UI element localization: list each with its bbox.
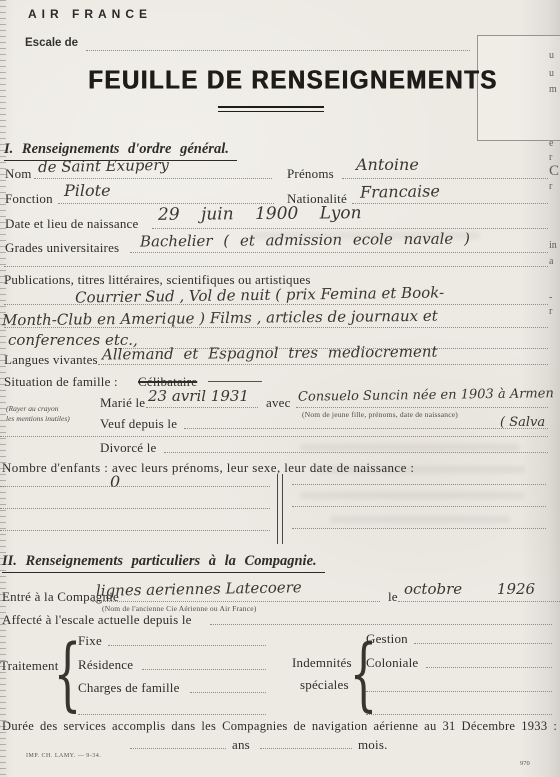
veuf-label: Veuf depuis le (100, 416, 177, 432)
traitement-item-charges: Charges de famille (78, 680, 180, 696)
marie-date-blank-line (146, 407, 258, 408)
enfants-blank-line (0, 486, 270, 487)
bleed-through (300, 492, 525, 499)
prenoms-blank-line (342, 178, 548, 179)
edge-fragment: in (549, 240, 557, 251)
mois-blank-line (260, 748, 352, 749)
prenoms-label: Prénoms (287, 166, 334, 182)
langues-value-handwritten: Allemand et Espagnol tres mediocrement (102, 343, 438, 364)
affecte-label: Affecté à l'escale actuelle depuis le (2, 612, 192, 628)
traitement-item-fixe: Fixe (78, 633, 102, 649)
epouse-blank-line (296, 407, 548, 408)
escale-label: Escale de (25, 37, 78, 49)
traitement-item-residence: Résidence (78, 657, 133, 673)
form-title: FEUILLE DE RENSEIGNEMENTS (88, 66, 498, 96)
strike-extension (208, 381, 262, 382)
enfants-blank-line (0, 508, 270, 509)
residence-blank-line (142, 669, 266, 670)
title-double-rule (218, 106, 324, 112)
column-divider (277, 474, 283, 544)
grades-value-handwritten: Bachelier ( et admission ecole navale ) (140, 230, 470, 251)
situation-label: Situation de famille : (4, 374, 118, 390)
gestion-blank-line (414, 643, 552, 644)
grades-label: Grades universitaires (5, 240, 119, 256)
traitement-blank-line (78, 714, 266, 715)
edge-fragment: a (549, 256, 553, 267)
indemnites-label-line1: Indemnités (292, 655, 352, 671)
ans-blank-line (130, 748, 226, 749)
enfants-blank-line (292, 506, 546, 507)
section2-heading: II. Renseignements particuliers à la Com… (2, 553, 325, 573)
publications-blank-line (4, 304, 548, 305)
naissance-value-handwritten: 29 juin 1900 Lyon (158, 203, 362, 225)
nom-label: Nom (5, 166, 32, 182)
indemnites-blank-line (366, 691, 552, 692)
langues-label: Langues vivantes (4, 352, 98, 368)
enfants-blank-line (292, 528, 546, 529)
langues-blank-line (98, 364, 548, 365)
publications-blank-line (4, 327, 548, 328)
jeune-fille-note: (Nom de jeune fille, prénoms, date de na… (302, 410, 458, 419)
naissance-blank-line (152, 228, 548, 229)
margin-note-line1: (Rayer au crayon (6, 404, 70, 414)
enfants-label: Nombre d'enfants : avec leurs prénoms, l… (2, 460, 414, 476)
edge-fragment: r (549, 181, 552, 192)
divorce-label: Divorcé le (100, 440, 157, 456)
divorce-blank-line (164, 452, 548, 453)
marie-date-handwritten: 23 avril 1931 (148, 387, 249, 405)
edge-fragment: C (549, 163, 559, 180)
edge-fragment: e (549, 138, 553, 149)
nom-blank-line (34, 178, 272, 179)
nationalite-blank-line (352, 203, 548, 204)
publications-line2-handwritten: Month-Club en Amerique ) Films , article… (2, 307, 438, 330)
enfants-blank-line (0, 530, 270, 531)
entre-date-blank-line (398, 601, 560, 602)
marie-label: Marié le (100, 395, 145, 411)
affecte-blank-line (210, 624, 552, 625)
margin-note: (Rayer au crayon les mentions inutiles) (6, 404, 70, 424)
bleed-through (330, 516, 510, 523)
mois-label: mois. (358, 737, 388, 753)
indemnites-label-line2: spéciales (300, 677, 349, 693)
company-name: AIR FRANCE (28, 7, 152, 21)
enfants-value-handwritten: 0 (110, 472, 120, 491)
coloniale-blank-line (426, 667, 552, 668)
blank-line (4, 266, 548, 267)
edge-fragment: r (549, 152, 552, 163)
entre-blank-line (92, 601, 380, 602)
indemnites-blank-line (366, 714, 552, 715)
entre-value-handwritten: lignes aeriennes Latecoere (96, 578, 302, 600)
enfants-blank-line (292, 484, 546, 485)
margin-note-line2: les mentions inutiles) (6, 414, 70, 424)
fonction-label: Fonction (5, 191, 53, 207)
prenoms-value-handwritten: Antoine (356, 155, 419, 174)
document-page: u u m e r C r in a - r AIR FRANCE Escale… (0, 0, 560, 777)
nationalite-value-handwritten: Francaise (360, 181, 440, 201)
blank-line (0, 436, 548, 437)
le-label: le (388, 589, 398, 605)
edge-fragment: u (549, 50, 554, 61)
charges-blank-line (190, 692, 266, 693)
epouse-value-handwritten: Consuelo Suncin née en 1903 à Armen (298, 386, 554, 405)
traitement-label: Traitement (0, 658, 59, 674)
edge-fragment: - (549, 292, 552, 303)
naissance-label: Date et lieu de naissance (5, 216, 139, 232)
edge-fragment: r (549, 306, 552, 317)
fixe-blank-line (108, 645, 266, 646)
grades-blank-line (130, 252, 548, 253)
escale-blank-line (86, 50, 470, 51)
printer-imprint: IMP. CH. LAMY. — 9-34. (26, 753, 101, 759)
veuf-blank-line (184, 428, 548, 429)
entre-date-handwritten: octobre 1926 (404, 580, 535, 598)
fonction-value-handwritten: Pilote (64, 181, 111, 200)
nom-value-handwritten: de Saint Exupery (38, 156, 169, 176)
duree-label: Durée des services accomplis dans les Co… (2, 719, 557, 734)
bleed-through (300, 444, 520, 451)
avec-label: avec (266, 395, 291, 411)
ans-label: ans (232, 737, 250, 753)
edge-fragment: m (549, 84, 557, 95)
edge-fragment: u (549, 68, 554, 79)
indemnites-item-gestion: Gestion (366, 631, 408, 647)
page-number: 970 (520, 760, 530, 767)
indemnites-item-coloniale: Coloniale (366, 655, 418, 671)
